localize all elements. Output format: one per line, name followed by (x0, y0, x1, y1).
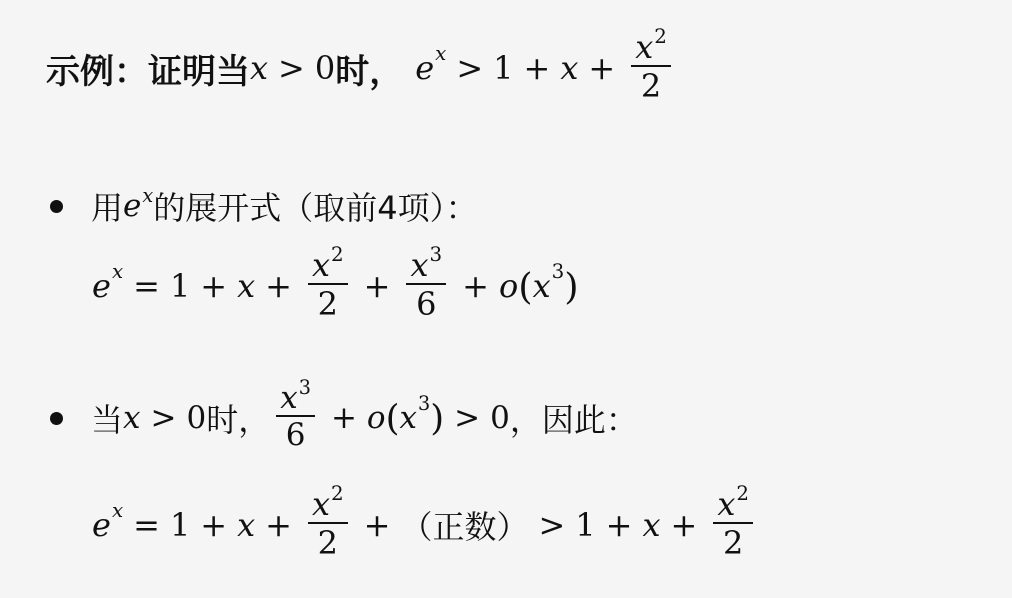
condition-variable: x (250, 49, 268, 87)
inequality: ex > 1 + x + x2 2 (415, 30, 677, 106)
condition-operator: > (278, 49, 305, 87)
plus-sign: + (331, 400, 357, 436)
fraction-x2-over-2: x2 2 (713, 487, 753, 563)
num-exponent: 2 (331, 482, 344, 505)
fraction-numerator: x3 (276, 381, 315, 415)
exp-term: ex (123, 188, 153, 224)
positive-number-label: （正数） (400, 502, 528, 548)
relation: > (538, 506, 565, 544)
fraction-denominator: 2 (637, 67, 665, 105)
num-base: x (635, 28, 653, 66)
plus-sign: + (588, 49, 615, 87)
term-x: x (642, 506, 660, 544)
condition-operator: > (151, 400, 177, 436)
condition-variable: x (123, 400, 140, 436)
num-base: x (312, 485, 330, 523)
equals-sign: = (133, 267, 160, 305)
time-label: 时， (206, 395, 270, 441)
conclusion-equation: ex = 1 + x + x2 2 + （正数） > 1 + x + x2 2 (92, 470, 759, 580)
num-base: x (312, 246, 330, 284)
exp-exponent: x (112, 260, 123, 283)
bullet-item-2: 当 x > 0 时， x3 6 + o(x3) > 0 ，因此： (50, 368, 638, 468)
condition-value: 0 (315, 49, 335, 87)
fraction-denominator: 6 (282, 417, 310, 454)
num-base: x (280, 380, 297, 416)
fraction-denominator: 2 (314, 524, 342, 562)
exp-exponent: x (142, 184, 153, 207)
term-one: 1 (170, 267, 190, 305)
plus-sign: + (364, 267, 391, 305)
plus-sign: + (462, 267, 489, 305)
fraction-x2-over-2: x2 2 (308, 248, 348, 324)
plus-sign: + (606, 506, 633, 544)
fraction-x2-over-2: x2 2 (308, 487, 348, 563)
plus-sign: + (200, 267, 227, 305)
little-o: o (367, 400, 386, 436)
plus-sign: + (265, 267, 292, 305)
term-one: 1 (575, 506, 595, 544)
num-exponent: 3 (299, 376, 311, 399)
exp-base: e (92, 506, 111, 544)
o-exponent: 3 (418, 392, 430, 415)
open-paren: ( (518, 265, 532, 308)
plus-sign: + (671, 506, 698, 544)
exp-exponent: x (435, 42, 446, 65)
fraction-denominator: 2 (719, 524, 747, 562)
prove-label: 证明当 (148, 44, 250, 93)
example-label: 示例： (46, 44, 148, 93)
zero: 0 (490, 400, 510, 436)
o-exponent: 3 (552, 260, 565, 283)
num-base: x (410, 246, 428, 284)
bullet-item-1: 用 ex 的展开式（取前4项）： (50, 178, 478, 234)
fraction-denominator: 6 (412, 285, 440, 323)
relation: > (456, 49, 483, 87)
exp-base: e (92, 267, 111, 305)
fraction-x3-over-6: x3 6 (276, 381, 315, 454)
plus-sign: + (265, 506, 292, 544)
num-base: x (717, 485, 735, 523)
term-x: x (560, 49, 578, 87)
use-label: 用 (91, 183, 123, 229)
o-base: x (400, 400, 417, 436)
o-base: x (533, 267, 551, 305)
open-paren: ( (386, 398, 400, 439)
remainder-inequality: x3 6 + o(x3) > 0 (270, 381, 510, 454)
term-one: 1 (493, 49, 513, 87)
term-x: x (237, 267, 255, 305)
fraction-numerator: x2 (713, 487, 753, 522)
num-exponent: 3 (430, 243, 443, 266)
exp-exponent: x (112, 499, 123, 522)
term-x: x (237, 506, 255, 544)
close-paren: ) (430, 398, 444, 439)
fraction-denominator: 2 (314, 285, 342, 323)
example-title: 示例： 证明当 x > 0 时， ex > 1 + x + x2 2 (46, 18, 677, 118)
relation: > (454, 400, 480, 436)
fraction-numerator: x3 (406, 248, 446, 283)
close-paren: ) (564, 265, 578, 308)
when-label: 当 (91, 395, 123, 441)
fraction-x3-over-6: x3 6 (406, 248, 446, 324)
fraction-numerator: x2 (631, 30, 671, 65)
bullet-dot-icon (50, 412, 63, 425)
num-exponent: 2 (654, 25, 667, 48)
num-exponent: 2 (331, 243, 344, 266)
little-o: o (499, 267, 518, 305)
exp-base: e (123, 188, 141, 224)
term-one: 1 (170, 506, 190, 544)
fraction-numerator: x2 (308, 248, 348, 283)
when-label: 时， (335, 44, 403, 93)
expansion-label: 的展开式（取前4项）： (153, 183, 477, 229)
plus-sign: + (364, 506, 391, 544)
condition-value: 0 (186, 400, 206, 436)
taylor-expansion-equation: ex = 1 + x + x2 2 + x3 6 + o(x3) (92, 236, 579, 336)
therefore-label: ，因此： (510, 395, 638, 441)
bullet-dot-icon (50, 200, 63, 213)
plus-sign: + (524, 49, 551, 87)
num-exponent: 2 (736, 482, 749, 505)
fraction: x2 2 (631, 30, 671, 106)
equals-sign: = (133, 506, 160, 544)
exp-base: e (415, 49, 434, 87)
plus-sign: + (200, 506, 227, 544)
fraction-numerator: x2 (308, 487, 348, 522)
